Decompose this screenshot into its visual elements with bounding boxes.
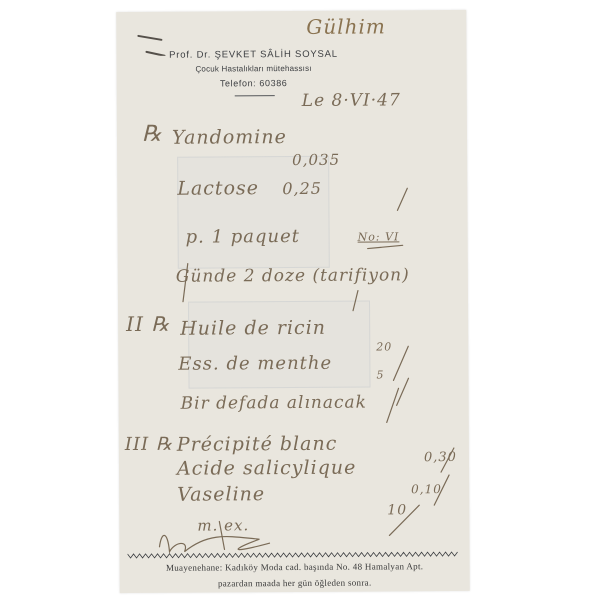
ink-strokes bbox=[116, 10, 470, 593]
clinic-address: Muayenehane: Kadıköy Moda cad. başında N… bbox=[120, 561, 470, 573]
prescription-paper: Prof. Dr. ŞEVKET SÂLİH SOYSAL Çocuk Hast… bbox=[116, 10, 470, 593]
clinic-hours: pazardan maada her gün öğleden sonra. bbox=[120, 577, 470, 589]
